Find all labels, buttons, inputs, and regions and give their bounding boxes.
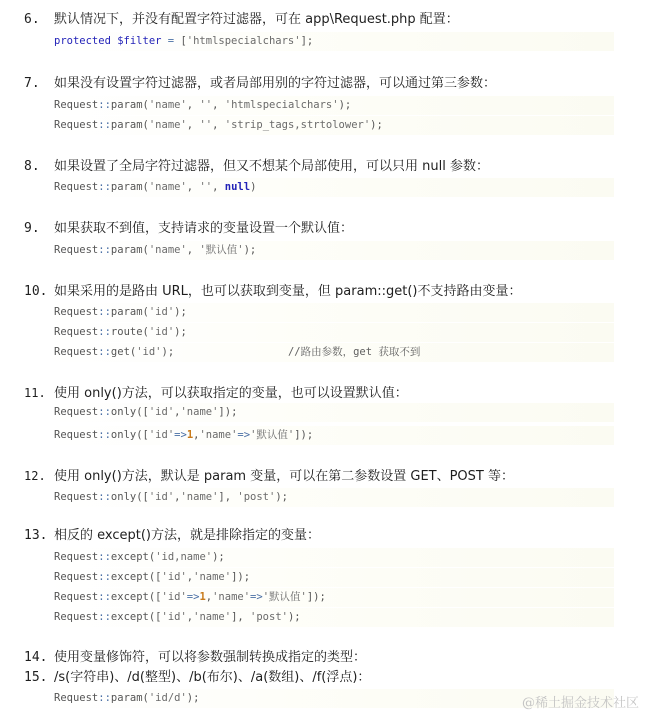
code-token-plain: Request [54,491,98,503]
code-token-fn: param( [111,306,149,318]
code-token-plain: Request [54,611,98,623]
code-token-str: 'id' [149,306,174,318]
code-token-plain: ); [288,611,301,623]
code-token-str: 'id/d' [149,692,187,704]
code-token-str: 'id' [162,591,187,603]
code-token-op: :: [98,244,111,256]
code-token-str: 'id' [162,611,187,623]
code-token-str: '默认值' [250,429,294,441]
list-item-14-heading: 14.使用变量修饰符，可以将参数强制转换成指定的类型： [24,649,366,667]
code-token-plain: ], [231,611,250,623]
code-token-cmt: //路由参数，get 获取不到 [288,346,420,358]
code-token-str: 'id' [149,406,174,418]
code-token-plain: Request [54,306,98,318]
code-token-plain: , [212,99,225,111]
code-token-str: 'name' [193,611,231,623]
code-line: Request::only(['id'=>1,'name'=>'默认值']); [44,426,614,445]
code-line: Request::route('id'); [44,323,614,342]
code-token-plain: Request [54,692,98,704]
code-token-op: :: [98,591,111,603]
item-text: 使用 only()方法，默认是 param 变量，可以在第二参数设置 GET、P… [54,469,514,484]
code-token-str: 'id' [149,491,174,503]
list-item-8-heading: 8.如果设置了全局字符过滤器，但又不想某个局部使用，可以只用 null 参数： [24,158,489,176]
item-number: 7. [24,75,54,93]
code-token-fn: except( [111,551,155,563]
item-number: 14. [24,649,54,667]
code-token-str: 'htmlspecialchars' [225,99,339,111]
code-token-str: 'id' [149,326,174,338]
code-token-fn: only([ [111,429,149,441]
code-token-fn: param( [111,244,149,256]
code-token-op: :: [98,611,111,623]
code-token-str: 'name' [180,491,218,503]
code-token-plain: ); [187,692,200,704]
code-token-str: '' [199,119,212,131]
code-token-null: null [225,181,250,193]
code-token-var: $filter [117,35,161,47]
code-token-plain: ]; [301,35,314,47]
code-token-str: 'name' [149,119,187,131]
item-number: 6. [24,11,54,29]
code-token-plain: ]); [294,429,313,441]
code-token-plain: Request [54,406,98,418]
code-token-plain: ); [174,326,187,338]
code-token-plain: Request [54,346,98,358]
code-token-fn: except([ [111,611,162,623]
code-token-plain: ); [212,551,225,563]
code-token-op: :: [98,119,111,131]
list-item-7-heading: 7.如果没有设置字符过滤器，或者局部用别的字符过滤器，可以通过第三参数： [24,75,496,93]
document-page: 6.默认情况下，并没有配置字符过滤器，可在 app\Request.php 配置… [0,0,645,716]
item-number: 12. [24,467,54,485]
item-text: 使用 only()方法，可以获取指定的变量，也可以设置默认值： [54,386,408,401]
code-token-plain: ]); [231,571,250,583]
code-token-fn: route( [111,326,149,338]
code-line: Request::except(['id'=>1,'name'=>'默认值'])… [44,588,614,607]
code-token-plain: Request [54,99,98,111]
code-line: Request::get('id'); //路由参数，get 获取不到 [44,343,614,362]
code-token-str: '' [199,181,212,193]
list-item-11-heading: 11.使用 only()方法，可以获取指定的变量，也可以设置默认值： [24,384,408,403]
code-token-fn: except([ [111,591,162,603]
code-token-plain: ); [244,244,257,256]
code-token-str: 'name' [193,571,231,583]
code-token-str: 'name' [212,591,250,603]
list-item-9-heading: 9.如果获取不到值，支持请求的变量设置一个默认值： [24,220,353,238]
code-token-op: :: [98,326,111,338]
code-token-fn: param( [111,119,149,131]
code-token-plain: , [187,181,200,193]
code-token-op: :: [98,551,111,563]
code-token-fn: only([ [111,406,149,418]
item-text: 如果没有设置字符过滤器，或者局部用别的字符过滤器，可以通过第三参数： [54,76,496,91]
code-token-plain: , [187,99,200,111]
code-token-plain: ); [339,99,352,111]
code-token-str: 'id,name' [155,551,212,563]
code-token-plain: Request [54,181,98,193]
item-text: 如果采用的是路由 URL，也可以获取到变量，但 param::get()不支持路… [54,284,522,299]
code-token-plain: ) [250,181,256,193]
code-token-plain: Request [54,571,98,583]
code-token-op: = [161,35,180,47]
code-line: Request::except('id,name'); [44,548,614,567]
list-item-15-heading: 15./s(字符串)、/d(整型)、/b(布尔)、/a(数组)、/f(浮点)： [24,669,370,687]
code-token-str: 'name' [180,406,218,418]
code-token-plain: ]); [218,406,237,418]
item-number: 10. [24,283,54,301]
code-token-op: :: [98,692,111,704]
code-line: Request::only(['id','name'], 'post'); [44,488,614,507]
code-token-str: 'post' [250,611,288,623]
code-line: Request::param('name', '', 'htmlspecialc… [44,96,614,115]
code-token-str: 'id' [149,429,174,441]
code-token-op: :: [98,429,111,441]
code-token-op: => [250,591,263,603]
code-token-op: :: [98,306,111,318]
code-token-str: 'name' [149,99,187,111]
code-token-plain: , [212,119,225,131]
item-number: 15. [24,669,54,687]
code-token-str: 'id' [136,346,161,358]
code-token-plain: ], [218,491,237,503]
code-line: Request::param('name', '', null) [44,178,614,197]
code-token-op: :: [98,99,111,111]
item-text: 使用变量修饰符，可以将参数强制转换成指定的类型： [54,650,366,665]
item-text: 默认情况下，并没有配置字符过滤器，可在 app\Request.php 配置： [54,12,459,27]
code-token-plain: ); [275,491,288,503]
code-token-plain: Request [54,244,98,256]
code-token-kw: protected [54,35,117,47]
code-token-str: 'htmlspecialchars' [187,35,301,47]
code-token-plain: Request [54,326,98,338]
item-number: 13. [24,527,54,545]
code-token-fn: only([ [111,491,149,503]
code-line: Request::param('name', '默认值'); [44,241,614,260]
code-line: protected $filter = ['htmlspecialchars']… [44,32,614,51]
code-token-op: => [187,591,200,603]
code-token-plain: Request [54,119,98,131]
code-token-plain: , [187,244,200,256]
code-line: Request::except(['id','name']); [44,568,614,587]
code-token-fn: param( [111,692,149,704]
list-item-6-heading: 6.默认情况下，并没有配置字符过滤器，可在 app\Request.php 配置… [24,11,459,29]
code-token-plain: ); [162,346,288,358]
code-token-fn: param( [111,181,149,193]
code-line: Request::param('id'); [44,303,614,322]
list-item-12-heading: 12.使用 only()方法，默认是 param 变量，可以在第二参数设置 GE… [24,467,514,486]
code-token-op: => [237,429,250,441]
code-token-plain: ]); [307,591,326,603]
code-token-plain: , [212,181,225,193]
item-number: 9. [24,220,54,238]
code-token-fn: param( [111,99,149,111]
code-token-str: '' [199,99,212,111]
code-token-str: '默认值' [199,244,243,256]
code-token-str: '默认值' [263,591,307,603]
code-token-str: 'name' [149,181,187,193]
code-line: Request::param('name', '', 'strip_tags,s… [44,116,614,135]
code-token-fn: except([ [111,571,162,583]
code-token-op: => [174,429,187,441]
code-line: Request::only(['id','name']); [44,403,614,422]
item-text: 相反的 except()方法，就是排除指定的变量： [54,528,320,543]
code-token-fn: get( [111,346,136,358]
code-token-plain: Request [54,551,98,563]
code-token-str: 'post' [237,491,275,503]
item-number: 11. [24,384,54,402]
code-token-plain: Request [54,429,98,441]
code-line: Request::except(['id','name'], 'post'); [44,608,614,627]
code-token-str: 'id' [162,571,187,583]
code-token-plain: Request [54,591,98,603]
item-text: /s(字符串)、/d(整型)、/b(布尔)、/a(数组)、/f(浮点)： [54,670,370,685]
item-text: 如果获取不到值，支持请求的变量设置一个默认值： [54,221,353,236]
code-token-str: 'name' [199,429,237,441]
item-text: 如果设置了全局字符过滤器，但又不想某个局部使用，可以只用 null 参数： [54,159,489,174]
code-token-plain: ); [370,119,383,131]
code-token-op: :: [98,491,111,503]
code-token-op: :: [98,571,111,583]
list-item-10-heading: 10.如果采用的是路由 URL，也可以获取到变量，但 param::get()不… [24,283,522,301]
watermark: @稀土掘金技术社区 [522,692,639,711]
code-token-op: :: [98,181,111,193]
code-token-plain: , [187,119,200,131]
code-token-str: 'strip_tags,strtolower' [225,119,370,131]
item-number: 8. [24,158,54,176]
code-token-plain: ); [174,306,187,318]
code-token-op: :: [98,346,111,358]
code-token-str: 'name' [149,244,187,256]
list-item-13-heading: 13.相反的 except()方法，就是排除指定的变量： [24,527,320,545]
code-token-op: :: [98,406,111,418]
